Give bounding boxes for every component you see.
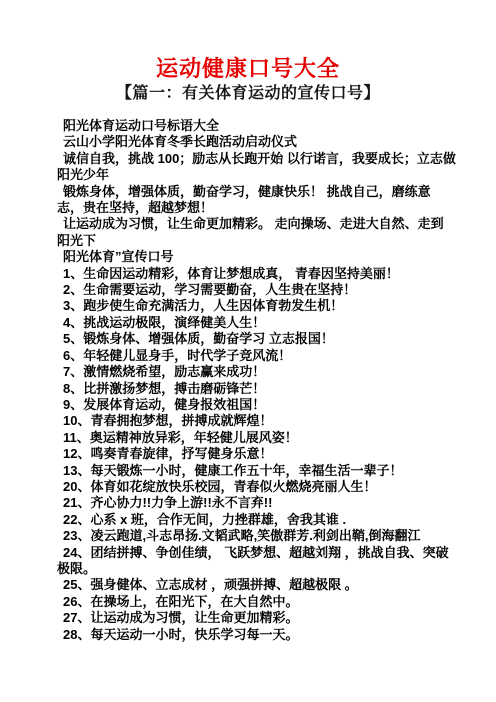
doc-body: 阳光体育运动口号标语大全 云山小学阳光体育冬季长跑活动启动仪式 诚信自我，挑战 …	[57, 118, 456, 643]
body-paragraph: 22、心系 x 班，合作无间，力挫群雄，舍我其谁 .	[57, 512, 456, 528]
body-paragraph: 10、青春拥抱梦想，拼搏成就辉煌！	[57, 413, 456, 429]
body-paragraph: 阳光体育运动口号标语大全	[57, 118, 456, 134]
body-paragraph: 28、每天运动一小时，快乐学习每一天。	[57, 627, 456, 643]
body-paragraph: 26、在操场上，在阳光下，在大自然中。	[57, 594, 456, 610]
body-paragraph: 锻炼身体，增强体质，勤奋学习，健康快乐！ 挑战自己，磨练意志，贵在坚持，超越梦想…	[57, 184, 456, 217]
body-paragraph: 让运动成为习惯，让生命更加精彩。 走向操场、走进大自然、走到阳光下	[57, 216, 456, 249]
body-paragraph: 4、挑战运动极限，演绎健美人生！	[57, 315, 456, 331]
body-paragraph: 3、跑步使生命充满活力，人生因体育勃发生机！	[57, 298, 456, 314]
doc-subtitle: 【篇一：有关体育运动的宣传口号】	[0, 84, 496, 104]
body-paragraph: 24、团结拼搏、争创佳绩， 飞跃梦想、超越刘翔 ，挑战自我、突破极限。	[57, 545, 456, 578]
body-paragraph: 27、让运动成为习惯，让生命更加精彩。	[57, 610, 456, 626]
body-paragraph: 阳光体育”宣传口号	[57, 249, 456, 265]
body-paragraph: 23、凌云跑道,斗志昂扬.文韬武略,笑傲群芳.利剑出鞘,倒海翻江	[57, 528, 456, 544]
body-paragraph: 25、强身健体、立志成材 ，顽强拼搏、超越极限 。	[57, 577, 456, 593]
body-paragraph: 2、生命需要运动，学习需要勤奋，人生贵在坚持！	[57, 282, 456, 298]
body-paragraph: 9、发展体育运动，健身报效祖国！	[57, 397, 456, 413]
body-paragraph: 12、鸣奏青春旋律，抒写健身乐意！	[57, 446, 456, 462]
doc-title: 运动健康口号大全	[0, 0, 496, 84]
body-paragraph: 5、锻炼身体、增强体质，勤奋学习 立志报国！	[57, 331, 456, 347]
body-paragraph: 6、年轻健儿显身手，时代学子竞风流！	[57, 348, 456, 364]
body-paragraph: 诚信自我，挑战 100；励志从长跑开始 以行诺言，我要成长；立志做阳光少年	[57, 151, 456, 184]
body-paragraph: 8、比拼激扬梦想，搏击磨砺锋芒！	[57, 381, 456, 397]
document-page: 运动健康口号大全 【篇一：有关体育运动的宣传口号】 阳光体育运动口号标语大全 云…	[0, 0, 496, 702]
body-paragraph: 1、生命因运动精彩，体育让梦想成真， 青春因坚持美丽！	[57, 266, 456, 282]
body-paragraph: 7、激情燃烧希望，励志赢来成功！	[57, 364, 456, 380]
body-paragraph: 21、齐心协力!!力争上游!!永不言弃!!	[57, 495, 456, 511]
body-paragraph: 11、奥运精神放异彩，年轻健儿展风姿！	[57, 430, 456, 446]
body-paragraph: 20、体育如花绽放快乐校园，青春似火燃烧亮丽人生！	[57, 479, 456, 495]
body-paragraph: 13、每天锻炼一小时，健康工作五十年，幸福生活一辈子！	[57, 463, 456, 479]
body-paragraph: 云山小学阳光体育冬季长跑活动启动仪式	[57, 134, 456, 150]
